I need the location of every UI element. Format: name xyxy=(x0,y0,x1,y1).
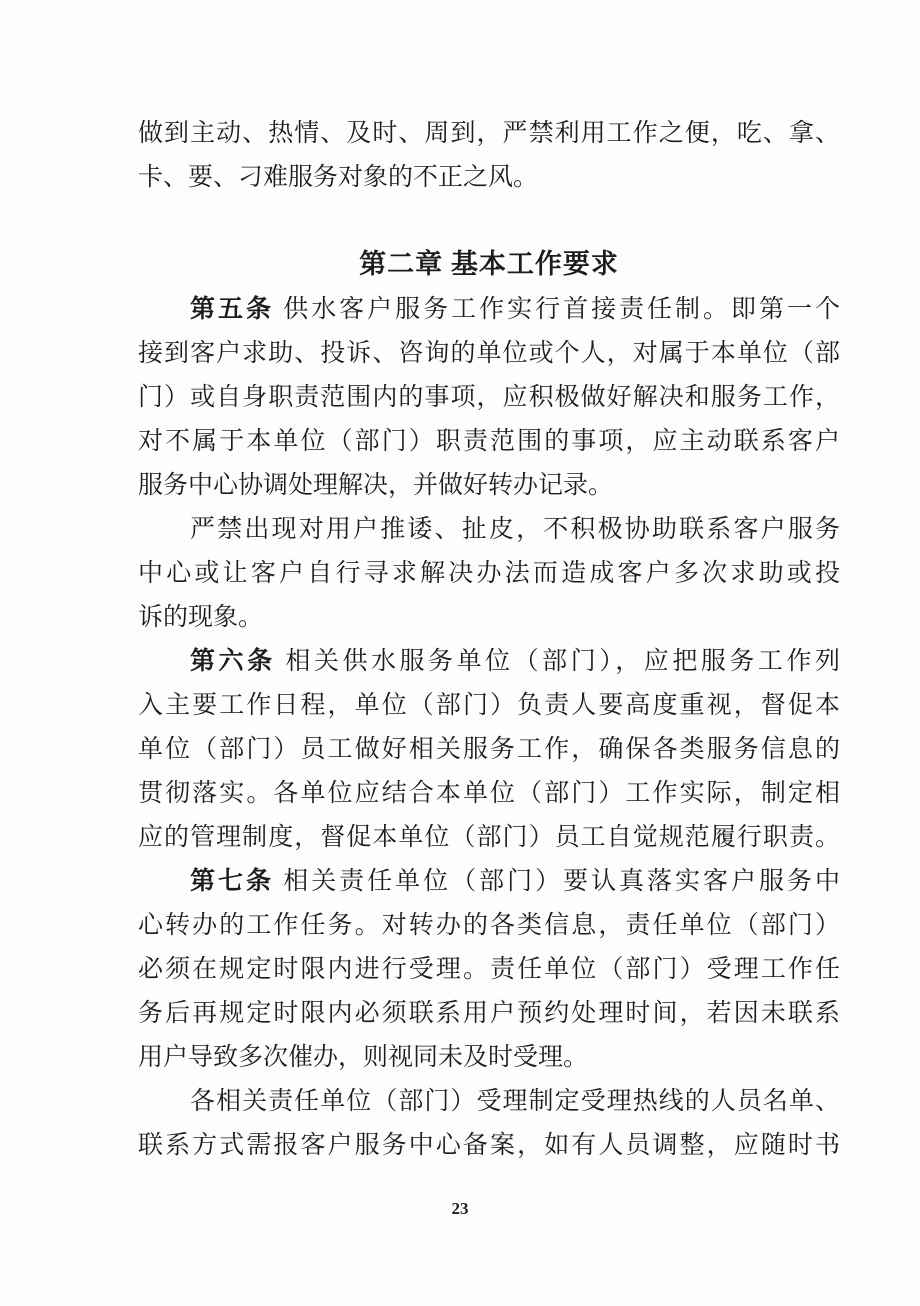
text-line: 心转办的工作任务。对转办的各类信息，责任单位（部门） xyxy=(138,904,840,948)
document-page: 做到主动、热情、及时、周到，严禁利用工作之便，吃、拿、卡、要、刁难服务对象的不正… xyxy=(0,0,920,1306)
paragraph: 各相关责任单位（部门）受理制定受理热线的人员名单、联系方式需报客户服务中心备案，… xyxy=(138,1080,840,1168)
text-line: 第六条 相关供水服务单位（部门），应把服务工作列 xyxy=(138,640,840,684)
text-line: 用户导致多次催办，则视同未及时受理。 xyxy=(138,1036,840,1080)
text-line: 应的管理制度，督促本单位（部门）员工自觉规范履行职责。 xyxy=(138,816,840,860)
text-line: 中心或让客户自行寻求解决办法而造成客户多次求助或投 xyxy=(138,552,840,596)
text-line: 必须在规定时限内进行受理。责任单位（部门）受理工作任 xyxy=(138,948,840,992)
chapter-heading: 第二章 基本工作要求 xyxy=(138,240,840,288)
paragraph: 严禁出现对用户推诿、扯皮，不积极协助联系客户服务中心或让客户自行寻求解决办法而造… xyxy=(138,508,840,640)
paragraph: 做到主动、热情、及时、周到，严禁利用工作之便，吃、拿、卡、要、刁难服务对象的不正… xyxy=(138,112,840,200)
article-number: 第六条 xyxy=(190,648,276,675)
paragraph: 第七条 相关责任单位（部门）要认真落实客户服务中心转办的工作任务。对转办的各类信… xyxy=(138,860,840,1080)
text-line: 诉的现象。 xyxy=(138,596,840,640)
page-number: 23 xyxy=(0,1196,920,1222)
paragraph: 第六条 相关供水服务单位（部门），应把服务工作列入主要工作日程，单位（部门）负责… xyxy=(138,640,840,860)
text-line: 入主要工作日程，单位（部门）负责人要高度重视，督促本 xyxy=(138,684,840,728)
text-line: 卡、要、刁难服务对象的不正之风。 xyxy=(138,156,840,200)
document-content: 做到主动、热情、及时、周到，严禁利用工作之便，吃、拿、卡、要、刁难服务对象的不正… xyxy=(138,112,840,1168)
text-line: 服务中心协调处理解决，并做好转办记录。 xyxy=(138,464,840,508)
text-line: 第七条 相关责任单位（部门）要认真落实客户服务中 xyxy=(138,860,840,904)
text-line: 接到客户求助、投诉、咨询的单位或个人，对属于本单位（部 xyxy=(138,332,840,376)
paragraph: 第五条 供水客户服务工作实行首接责任制。即第一个接到客户求助、投诉、咨询的单位或… xyxy=(138,288,840,508)
text-line: 单位（部门）员工做好相关服务工作，确保各类服务信息的 xyxy=(138,728,840,772)
text-line: 严禁出现对用户推诿、扯皮，不积极协助联系客户服务 xyxy=(138,508,840,552)
text-line: 联系方式需报客户服务中心备案，如有人员调整，应随时书 xyxy=(138,1124,840,1168)
article-number: 第五条 xyxy=(190,296,274,323)
article-number: 第七条 xyxy=(190,868,274,895)
text-line: 做到主动、热情、及时、周到，严禁利用工作之便，吃、拿、 xyxy=(138,112,840,156)
text-line: 门）或自身职责范围内的事项，应积极做好解决和服务工作， xyxy=(138,376,840,420)
text-line: 贯彻落实。各单位应结合本单位（部门）工作实际，制定相 xyxy=(138,772,840,816)
text-line: 对不属于本单位（部门）职责范围的事项，应主动联系客户 xyxy=(138,420,840,464)
text-line: 各相关责任单位（部门）受理制定受理热线的人员名单、 xyxy=(138,1080,840,1124)
text-line: 第五条 供水客户服务工作实行首接责任制。即第一个 xyxy=(138,288,840,332)
text-line: 务后再规定时限内必须联系用户预约处理时间，若因未联系 xyxy=(138,992,840,1036)
